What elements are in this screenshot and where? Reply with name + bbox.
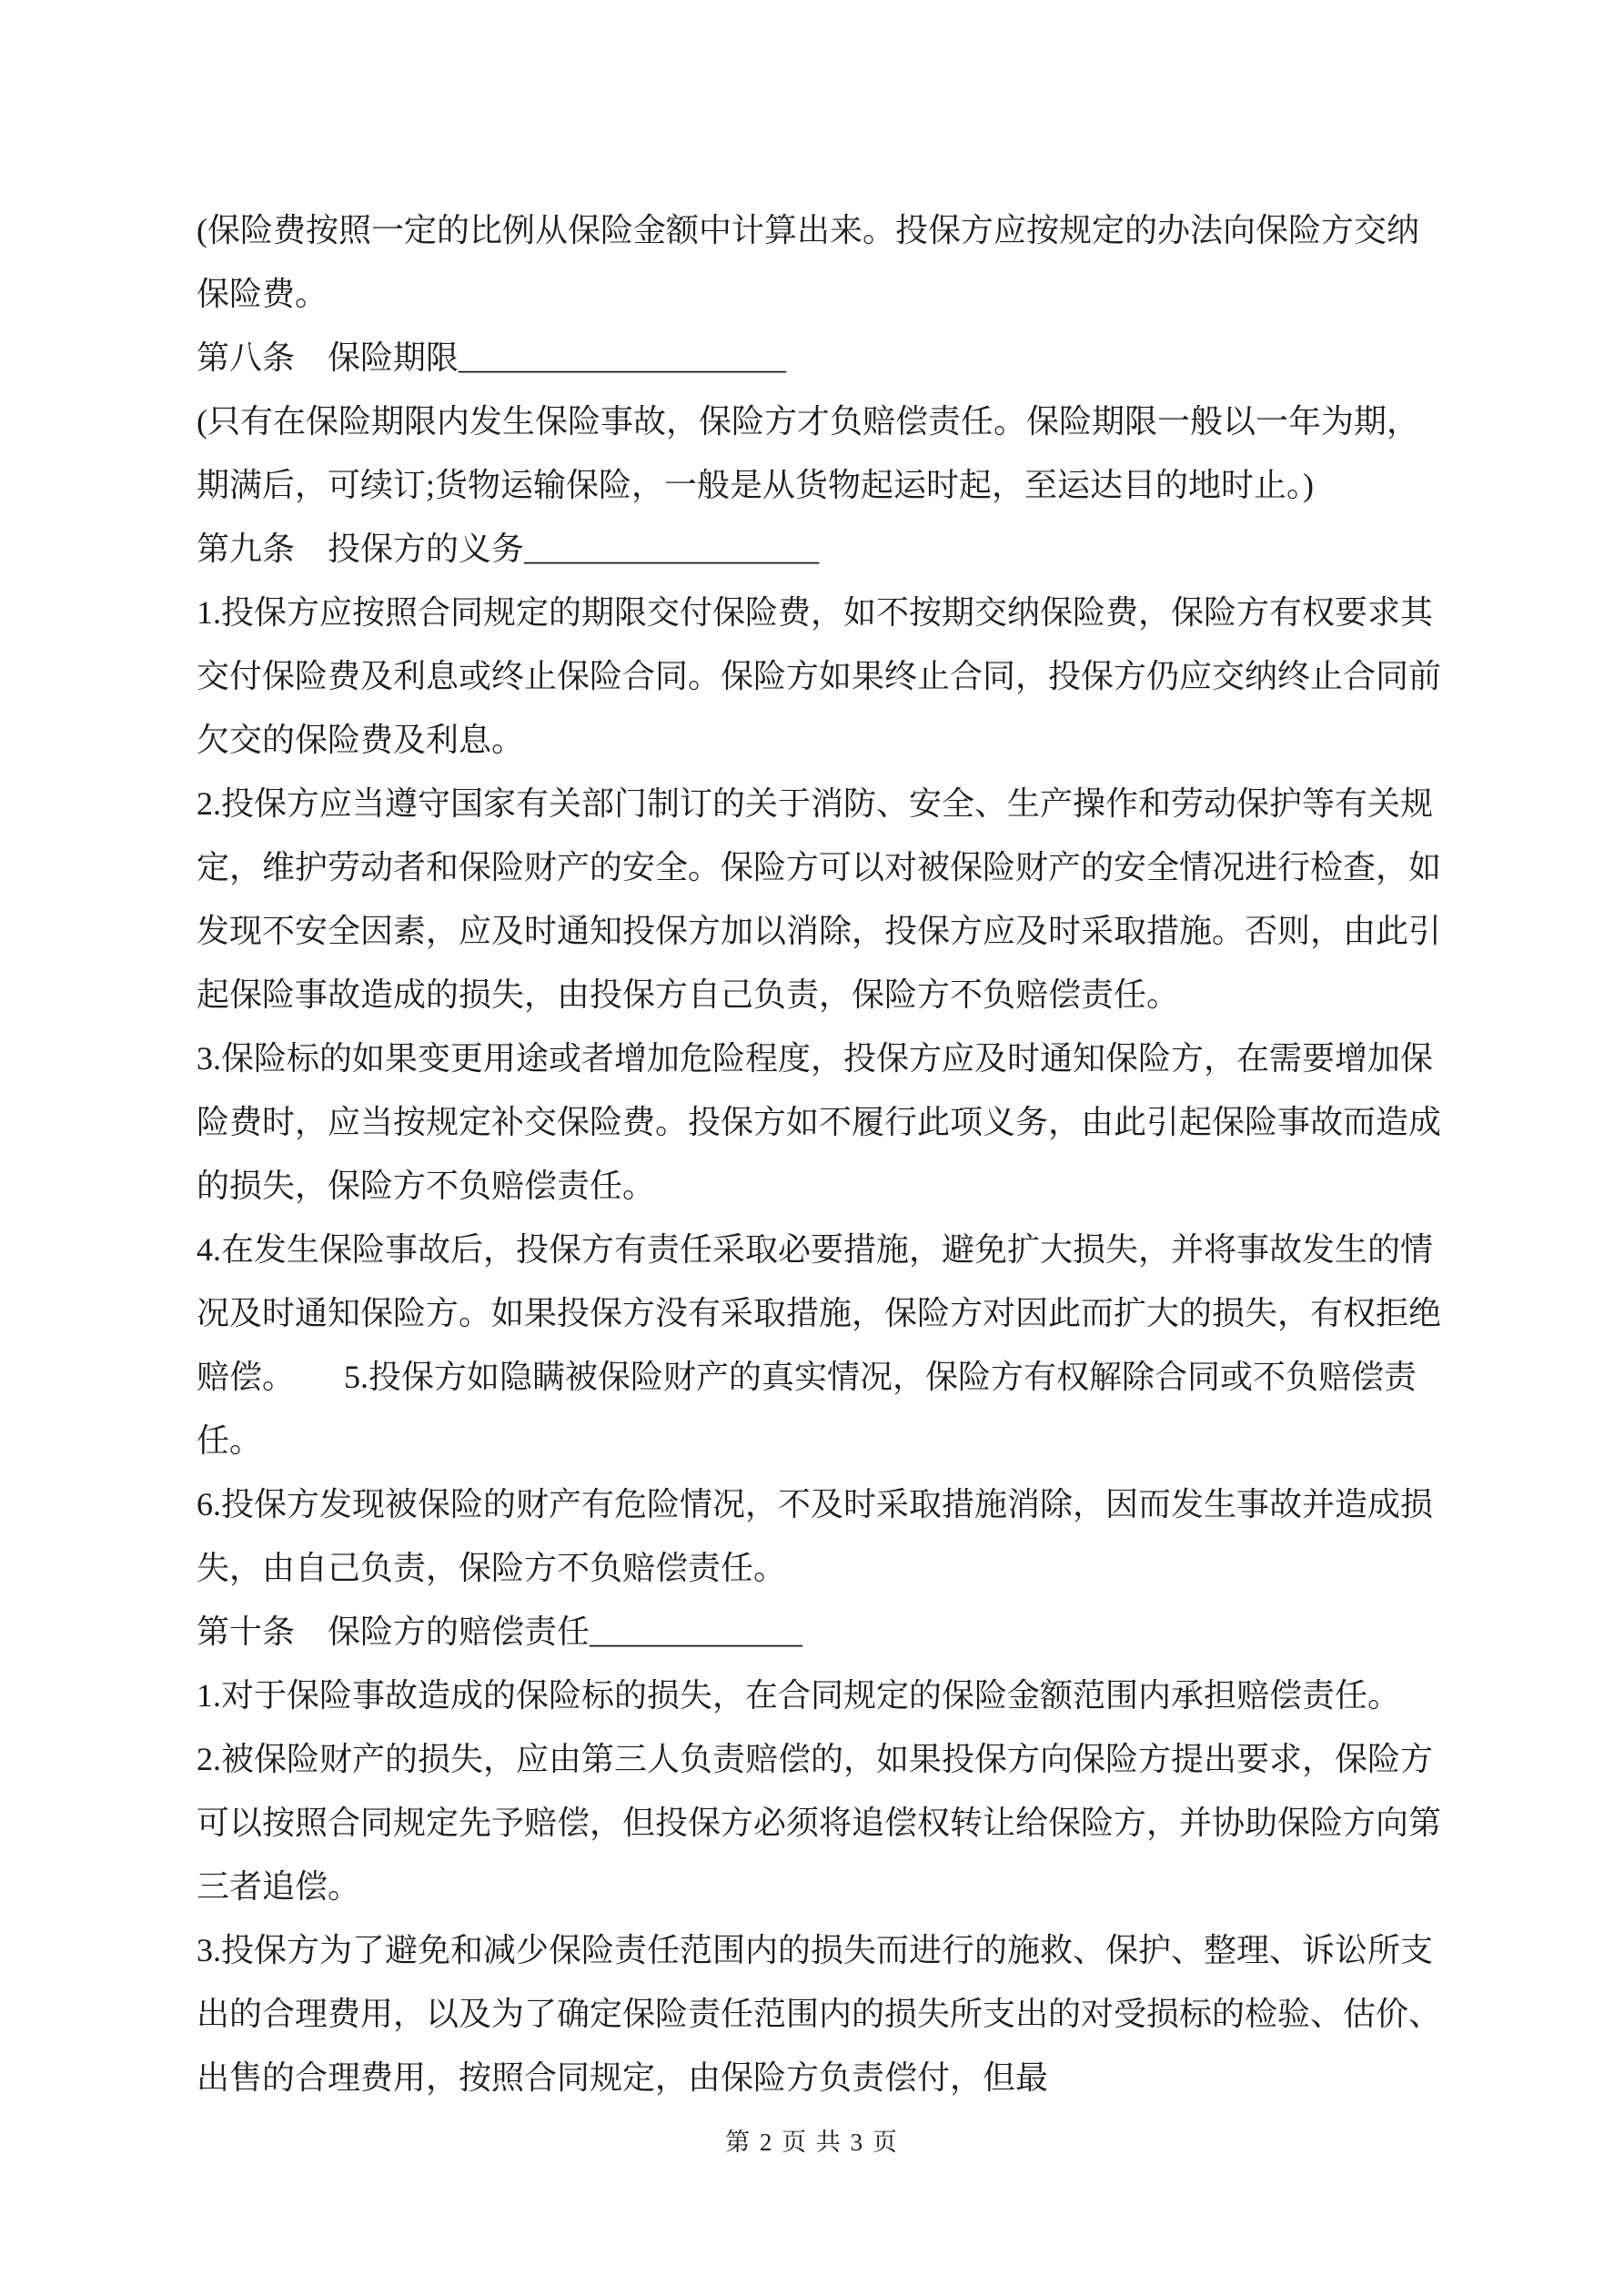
text-line: 3.保险标的如果变更用途或者增加危险程度，投保方应及时通知保险方，在需要增加保 xyxy=(197,1027,1452,1090)
text-line: 出售的合理费用，按照合同规定，由保险方负责偿付，但最 xyxy=(197,2046,1452,2109)
text-line: 1.投保方应按照合同规定的期限交付保险费，如不按期交纳保险费，保险方有权要求其 xyxy=(197,581,1452,644)
text-line: 险费时，应当按规定补交保险费。投保方如不履行此项义务，由此引起保险事故而造成 xyxy=(197,1090,1452,1154)
document-page: (保险费按照一定的比例从保险金额中计算出来。投保方应按规定的办法向保险方交纳保险… xyxy=(0,0,1624,2296)
text-line: 任。 xyxy=(197,1409,1452,1472)
page-number-text: 第 2 页 共 3 页 xyxy=(725,2129,899,2156)
text-line: 保险费。 xyxy=(197,262,1452,326)
text-line: (保险费按照一定的比例从保险金额中计算出来。投保方应按规定的办法向保险方交纳 xyxy=(197,198,1452,262)
text-line: (只有在保险期限内发生保险事故，保险方才负赔偿责任。保险期限一般以一年为期， xyxy=(197,389,1452,453)
text-line: 2.投保方应当遵守国家有关部门制订的关于消防、安全、生产操作和劳动保护等有关规 xyxy=(197,772,1452,835)
text-line: 4.在发生保险事故后，投保方有责任采取必要措施，避免扩大损失，并将事故发生的情 xyxy=(197,1218,1452,1281)
text-line: 况及时通知保险方。如果投保方没有采取措施，保险方对因此而扩大的损失，有权拒绝 xyxy=(197,1281,1452,1345)
text-line: 出的合理费用，以及为了确定保险责任范围内的损失所支出的对受损标的检验、估价、 xyxy=(197,1982,1452,2046)
text-line: 第十条 保险方的赔偿责任_____________ xyxy=(197,1600,1452,1664)
page-footer: 第 2 页 共 3 页 xyxy=(0,2122,1624,2162)
text-line: 的损失，保险方不负赔偿责任。 xyxy=(197,1154,1452,1218)
text-line: 可以按照合同规定先予赔偿，但投保方必须将追偿权转让给保险方，并协助保险方向第 xyxy=(197,1791,1452,1855)
text-line: 起保险事故造成的损失，由投保方自己负责，保险方不负赔偿责任。 xyxy=(197,963,1452,1027)
text-line: 定，维护劳动者和保险财产的安全。保险方可以对被保险财产的安全情况进行检查，如 xyxy=(197,835,1452,899)
text-line: 交付保险费及利息或终止保险合同。保险方如果终止合同，投保方仍应交纳终止合同前 xyxy=(197,644,1452,708)
text-line: 赔偿。 5.投保方如隐瞒被保险财产的真实情况，保险方有权解除合同或不负赔偿责 xyxy=(197,1345,1452,1409)
text-line: 3.投保方为了避免和减少保险责任范围内的损失而进行的施救、保护、整理、诉讼所支 xyxy=(197,1918,1452,1982)
text-line: 失，由自己负责，保险方不负赔偿责任。 xyxy=(197,1536,1452,1600)
text-line: 三者追偿。 xyxy=(197,1855,1452,1918)
text-line: 1.对于保险事故造成的保险标的损失，在合同规定的保险金额范围内承担赔偿责任。 xyxy=(197,1664,1452,1727)
text-line: 第九条 投保方的义务__________________ xyxy=(197,517,1452,581)
document-body: (保险费按照一定的比例从保险金额中计算出来。投保方应按规定的办法向保险方交纳保险… xyxy=(197,198,1452,2109)
text-line: 发现不安全因素，应及时通知投保方加以消除，投保方应及时采取措施。否则，由此引 xyxy=(197,899,1452,963)
text-line: 欠交的保险费及利息。 xyxy=(197,708,1452,772)
text-line: 2.被保险财产的损失，应由第三人负责赔偿的，如果投保方向保险方提出要求，保险方 xyxy=(197,1727,1452,1791)
text-line: 期满后，可续订;货物运输保险，一般是从货物起运时起，至运达目的地时止。) xyxy=(197,453,1452,517)
text-line: 6.投保方发现被保险的财产有危险情况，不及时采取措施消除，因而发生事故并造成损 xyxy=(197,1472,1452,1536)
text-line: 第八条 保险期限____________________ xyxy=(197,326,1452,389)
